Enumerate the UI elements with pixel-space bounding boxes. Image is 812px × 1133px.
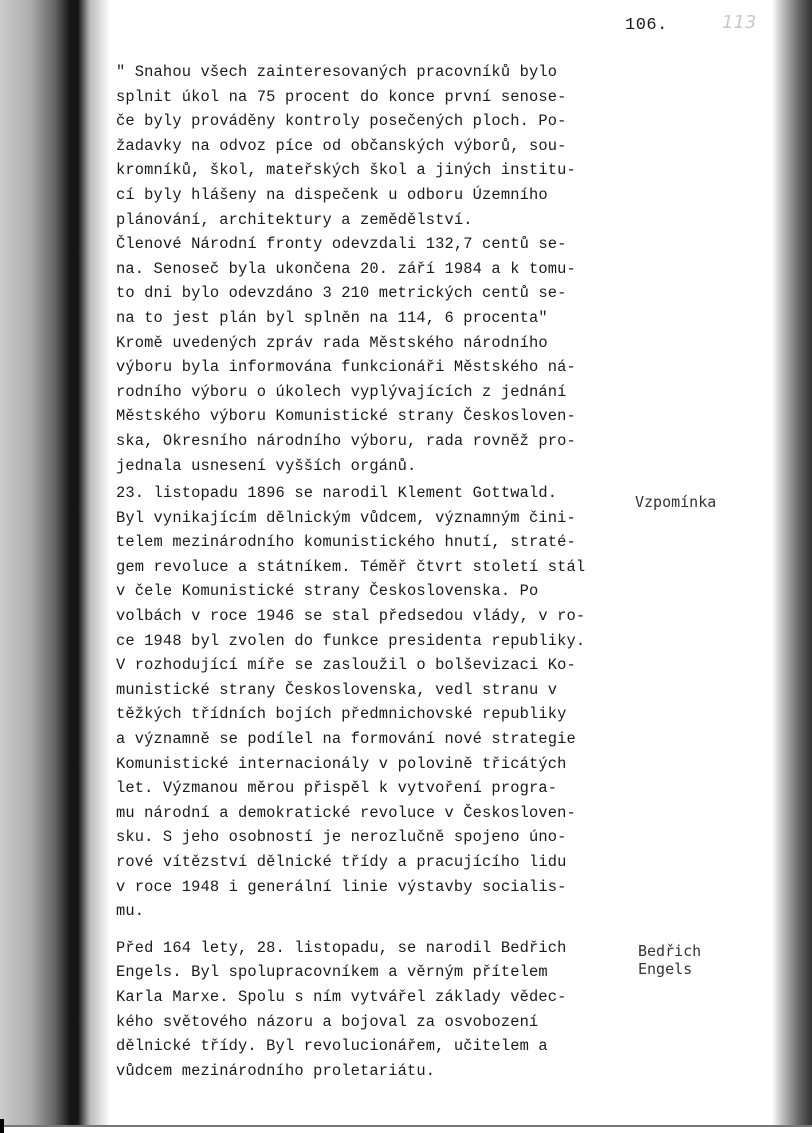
scanned-page: 106. 113 " Snahou všech zainteresovaných… bbox=[0, 0, 812, 1133]
margin-note-line: Engels bbox=[638, 960, 701, 978]
scan-shadow-left bbox=[0, 0, 120, 1125]
text-line: plánování, architektury a zemědělství. bbox=[116, 208, 616, 233]
text-line: volbách v roce 1946 se stal předsedou vl… bbox=[116, 604, 616, 629]
margin-note-engels: Bedřich Engels bbox=[638, 942, 701, 978]
text-line: " Snahou všech zainteresovaných pracovní… bbox=[116, 60, 616, 85]
text-line: kého světového názoru a bojoval za osvob… bbox=[116, 1010, 616, 1035]
margin-note-line: Bedřich bbox=[638, 942, 701, 960]
text-line: a významně se podílel na formování nové … bbox=[116, 727, 616, 752]
text-line: če byly prováděny kontroly posečených pl… bbox=[116, 109, 616, 134]
text-line: V rozhodující míře se zasloužil o bolšev… bbox=[116, 653, 616, 678]
text-line: dělnické třídy. Byl revolucionářem, učit… bbox=[116, 1034, 616, 1059]
text-line: let. Výzmanou měrou přispěl k vytvoření … bbox=[116, 776, 616, 801]
text-line: Engels. Byl spolupracovníkem a věrným př… bbox=[116, 960, 616, 985]
text-line: mu. bbox=[116, 899, 616, 924]
text-line: žadavky na odvoz píce od občanských výbo… bbox=[116, 134, 616, 159]
text-line: Před 164 lety, 28. listopadu, se narodil… bbox=[116, 936, 616, 961]
text-line: Komunistické internacionály v polovině t… bbox=[116, 752, 616, 777]
text-line: ska, Okresního národního výboru, rada ro… bbox=[116, 429, 616, 454]
text-line: gem revoluce a státníkem. Téměř čtvrt st… bbox=[116, 555, 616, 580]
page-bottom-edge bbox=[0, 1125, 812, 1127]
text-line: těžkých třídních bojích předmnichovské r… bbox=[116, 702, 616, 727]
text-line: kromníků, škol, mateřských škol a jiných… bbox=[116, 158, 616, 183]
text-line: telem mezinárodního komunistického hnutí… bbox=[116, 530, 616, 555]
text-line: Členové Národní fronty odevzdali 132,7 c… bbox=[116, 232, 616, 257]
text-line: cí byly hlášeny na dispečenk u odboru Úz… bbox=[116, 183, 616, 208]
paragraph-gottwald: 23. listopadu 1896 se narodil Klement Go… bbox=[116, 481, 616, 924]
text-line: ce 1948 byl zvolen do funkce presidenta … bbox=[116, 629, 616, 654]
paragraph-engels: Před 164 lety, 28. listopadu, se narodil… bbox=[116, 936, 616, 1084]
text-line: Městského výboru Komunistické strany Čes… bbox=[116, 404, 616, 429]
text-line: sku. S jeho osobností je nerozlučně spoj… bbox=[116, 825, 616, 850]
scan-shadow-right bbox=[772, 0, 812, 1125]
text-line: 23. listopadu 1896 se narodil Klement Go… bbox=[116, 481, 616, 506]
text-line: na. Senoseč byla ukončena 20. září 1984 … bbox=[116, 257, 616, 282]
text-line: splnit úkol na 75 procent do konce první… bbox=[116, 85, 616, 110]
handwritten-page-number: 113 bbox=[722, 12, 756, 33]
text-line: výboru byla informována funkcionáři Měst… bbox=[116, 355, 616, 380]
text-line: mu národní a demokratické revoluce v Čes… bbox=[116, 801, 616, 826]
scan-mark bbox=[0, 1119, 4, 1133]
text-line: Byl vynikajícím dělnickým vůdcem, význam… bbox=[116, 506, 616, 531]
text-line: na to jest plán byl splněn na 114, 6 pro… bbox=[116, 306, 616, 331]
paragraph-hay-harvest: " Snahou všech zainteresovaných pracovní… bbox=[116, 60, 616, 478]
page-number: 106. bbox=[625, 16, 668, 35]
text-line: v roce 1948 i generální linie výstavby s… bbox=[116, 875, 616, 900]
text-line: Kromě uvedených zpráv rada Městského nár… bbox=[116, 331, 616, 356]
margin-note-vzpominka: Vzpomínka bbox=[635, 493, 716, 511]
body-text: " Snahou všech zainteresovaných pracovní… bbox=[116, 60, 616, 1083]
text-line: rové vítězství dělnické třídy a pracujíc… bbox=[116, 850, 616, 875]
text-line: rodního výboru o úkolech vyplývajících z… bbox=[116, 380, 616, 405]
text-line: v čele Komunistické strany Československ… bbox=[116, 579, 616, 604]
text-line: to dni bylo odevzdáno 3 210 metrických c… bbox=[116, 281, 616, 306]
text-line: vůdcem mezinárodního proletariátu. bbox=[116, 1059, 616, 1084]
text-line: jednala usnesení vyšších orgánů. bbox=[116, 454, 616, 479]
text-line: munistické strany Československa, vedl s… bbox=[116, 678, 616, 703]
text-line: Karla Marxe. Spolu s ním vytvářel základ… bbox=[116, 985, 616, 1010]
